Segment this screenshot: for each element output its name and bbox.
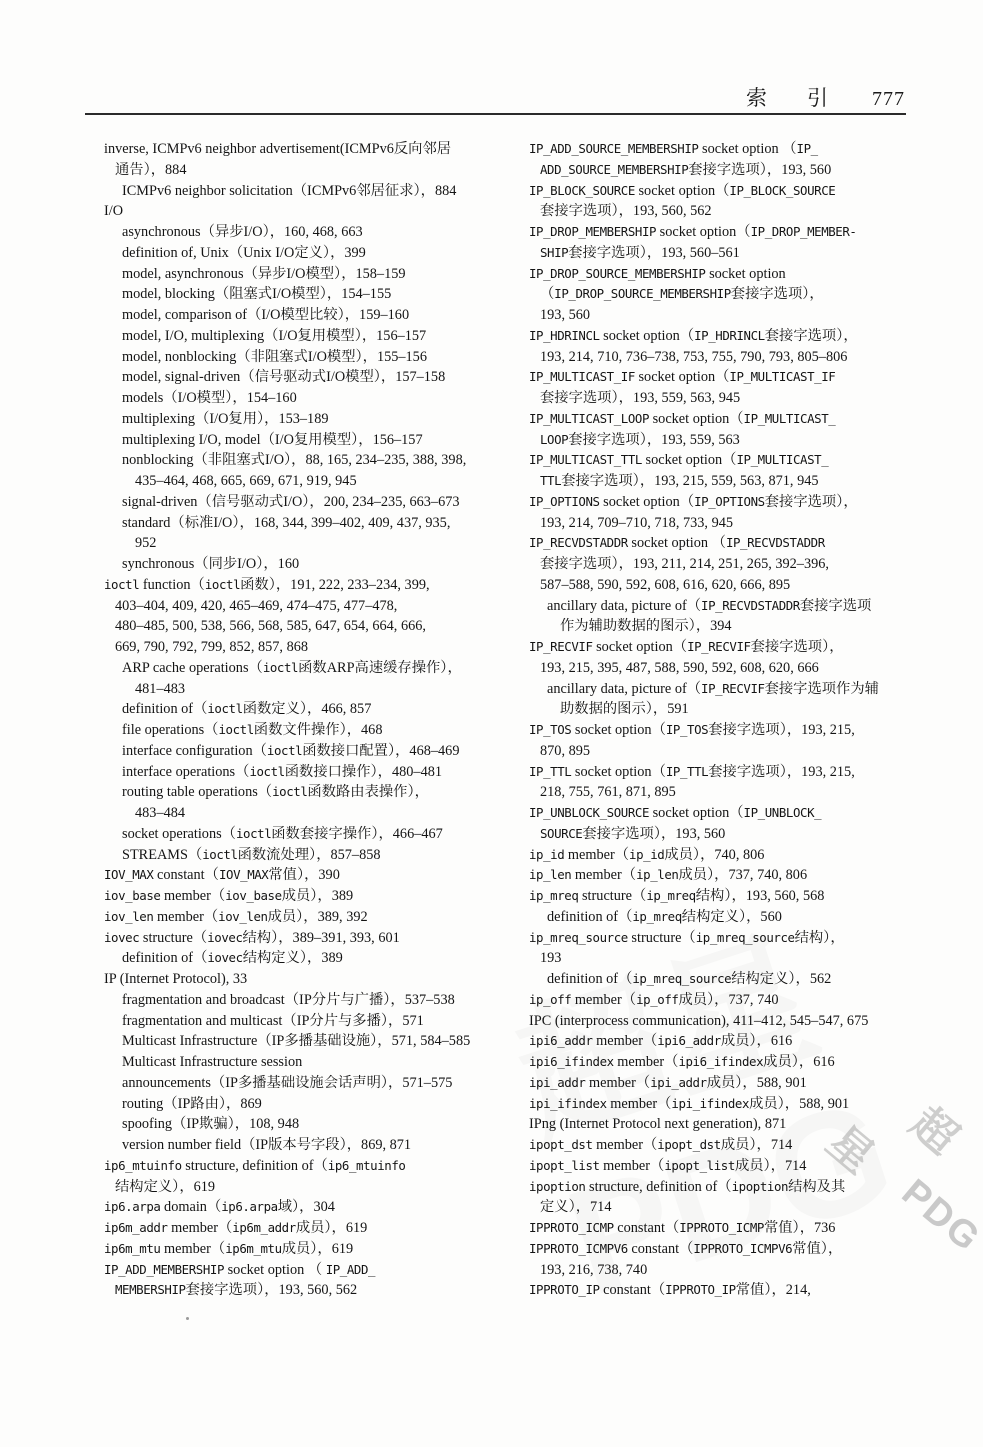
entry-text: definition of（ xyxy=(122,950,207,966)
entry-text: structure（ xyxy=(139,930,207,946)
entry-text: 函数套接字操作），466–467 xyxy=(271,826,443,842)
index-entry-line: synchronous（同步I/O），160 xyxy=(104,554,522,575)
code-identifier-text: IPPROTO_IP xyxy=(529,1282,600,1297)
entry-text: 常值），736 xyxy=(764,1220,835,1236)
entry-text: nonblocking（非阻塞式I/O），88, 165, 234–235, 3… xyxy=(122,452,466,468)
header-title-char-2: 引 xyxy=(807,82,828,112)
entry-text: interface operations（ xyxy=(122,764,249,780)
code-identifier-text: ipopt_list xyxy=(529,1158,600,1173)
entry-text: member（ xyxy=(593,1137,658,1153)
code-identifier-text: ip_len xyxy=(636,867,678,882)
entry-text: standard（标准I/O），168, 344, 399–402, 409, … xyxy=(122,515,450,531)
index-entry-line: LOOP套接字选项），193, 559, 563 xyxy=(529,430,947,451)
index-entry-line: IP_ADD_MEMBERSHIP socket option （ IP_ADD… xyxy=(104,1260,522,1281)
entry-text: 成员），616 xyxy=(721,1033,792,1049)
code-identifier-text: ipoption xyxy=(529,1179,585,1194)
index-entry-line: routing（IP路由），869 xyxy=(104,1094,522,1115)
entry-text: routing（IP路由），869 xyxy=(122,1096,262,1112)
entry-text: 结构），389–391, 393, 601 xyxy=(243,930,400,946)
code-identifier-text: ip6m_addr xyxy=(104,1220,168,1235)
entry-text: 403–404, 409, 420, 465–469, 474–475, 477… xyxy=(115,598,397,614)
index-entry-line: 助数据的图示），591 xyxy=(529,699,947,720)
code-identifier-text: iovec xyxy=(207,930,242,945)
entry-text: constant（ xyxy=(614,1220,680,1236)
code-identifier-text: ioctl xyxy=(207,701,242,716)
code-identifier-text: ip_mreq xyxy=(646,888,695,903)
entry-text: socket option（ xyxy=(593,639,688,655)
code-identifier-text: iovec xyxy=(104,930,139,945)
index-entry-line: ip_mreq_source structure（ip_mreq_source结… xyxy=(529,928,947,949)
index-entry-line: ip6m_addr member（ip6m_addr成员），619 xyxy=(104,1218,522,1239)
entry-text: 套接字选项），193, 560, 562 xyxy=(186,1282,358,1298)
index-entry-line: definition of（ip_mreq_source结构定义），562 xyxy=(529,969,947,990)
entry-text: 成员），588, 901 xyxy=(707,1075,807,1091)
index-entry-line: IPPROTO_ICMPV6 constant（IPPROTO_ICMPV6常值… xyxy=(529,1239,947,1260)
entry-text: member（ xyxy=(571,867,636,883)
entry-text: 定义），714 xyxy=(540,1199,611,1215)
entry-text: member（ xyxy=(168,1220,233,1236)
code-identifier-text: ipi6_ifindex xyxy=(529,1054,614,1069)
entry-text: 成员），616 xyxy=(763,1054,834,1070)
header-rule xyxy=(85,113,906,115)
code-identifier-text: SHIP xyxy=(540,245,568,260)
entry-text: 结构定义），560 xyxy=(682,909,782,925)
entry-text: 套接字选项），193, 560–561 xyxy=(568,245,740,261)
index-entry-line: iovec structure（iovec结构），389–391, 393, 6… xyxy=(104,928,522,949)
entry-text: 通告），884 xyxy=(115,162,186,178)
index-entry-line: 218, 755, 761, 871, 895 xyxy=(529,782,947,803)
entry-text: model, signal-driven（信号驱动式I/O模型），157–158 xyxy=(122,369,445,385)
index-column-right: IP_ADD_SOURCE_MEMBERSHIP socket option （… xyxy=(529,139,947,1301)
index-entry-line: ioctl function（ioctl函数），191, 222, 233–23… xyxy=(104,575,522,596)
entry-text: asynchronous（异步I/O），160, 468, 663 xyxy=(122,224,363,240)
entry-text: socket option（ xyxy=(642,452,737,468)
index-entry-line: model, signal-driven（信号驱动式I/O模型），157–158 xyxy=(104,367,522,388)
code-identifier-text: IP_OPTIONS xyxy=(529,494,600,509)
index-entry-line: IPPROTO_IP constant（IPPROTO_IP常值），214, xyxy=(529,1280,947,1301)
entry-text: 域），304 xyxy=(278,1199,335,1215)
entry-text: constant（ xyxy=(600,1282,666,1298)
entry-text: member（ xyxy=(153,909,218,925)
index-entry-line: model, asynchronous（异步I/O模型），158–159 xyxy=(104,264,522,285)
entry-text: 函数），191, 222, 233–234, 399, xyxy=(240,577,429,593)
scan-speck xyxy=(186,1317,189,1320)
entry-text: 套接字选项），193, 215, xyxy=(708,722,855,738)
entry-text: member（ xyxy=(160,1241,225,1257)
code-identifier-text: ipi6_addr xyxy=(529,1033,593,1048)
code-identifier-text: ipi_addr xyxy=(529,1075,585,1090)
code-identifier-text: ipi6_addr xyxy=(657,1033,721,1048)
code-identifier-text: IP_MULTICAST_ xyxy=(736,452,828,467)
code-identifier-text: IP_ADD_ xyxy=(326,1262,375,1277)
code-identifier-text: IPPROTO_ICMPV6 xyxy=(693,1241,792,1256)
entry-text: 套接字选项）， xyxy=(765,494,858,510)
entry-text: 193, 215, 395, 487, 588, 590, 592, 608, … xyxy=(540,660,819,676)
index-entry-line: 952 xyxy=(104,533,522,554)
entry-text: routing table operations（ xyxy=(122,784,272,800)
index-entry-line: 套接字选项），193, 211, 214, 251, 265, 392–396, xyxy=(529,554,947,575)
code-identifier-text: ip_id xyxy=(529,847,564,862)
entry-text: model, nonblocking（非阻塞式I/O模型），155–156 xyxy=(122,349,427,365)
code-identifier-text: IP_MULTICAST_ xyxy=(744,411,836,426)
index-entry-line: 193, 214, 709–710, 718, 733, 945 xyxy=(529,513,947,534)
index-entry-line: definition of（ioctl函数定义），466, 857 xyxy=(104,699,522,720)
entry-text: definition of, Unix（Unix I/O定义），399 xyxy=(122,245,366,261)
index-entry-line: 193, 214, 710, 736–738, 753, 755, 790, 7… xyxy=(529,347,947,368)
code-identifier-text: IOV_MAX xyxy=(104,867,153,882)
code-identifier-text: iovec xyxy=(207,950,242,965)
code-identifier-text: IPPROTO_ICMP xyxy=(529,1220,614,1235)
entry-text: 成员），714 xyxy=(721,1137,792,1153)
code-identifier-text: ioctl xyxy=(236,826,271,841)
entry-text: model, blocking（阻塞式I/O模型），154–155 xyxy=(122,286,391,302)
entry-text: 193, 216, 738, 740 xyxy=(540,1262,647,1278)
code-identifier-text: IP_TTL xyxy=(666,764,708,779)
index-entry-line: inverse, ICMPv6 neighbor advertisement(I… xyxy=(104,139,522,160)
entry-text: 套接字选项），193, 560, 562 xyxy=(540,203,712,219)
index-entry-line: definition of（iovec结构定义），389 xyxy=(104,948,522,969)
index-entry-line: MEMBERSHIP套接字选项），193, 560, 562 xyxy=(104,1280,522,1301)
entry-text: 套接字选项），193, 215, 559, 563, 871, 945 xyxy=(561,473,818,489)
code-identifier-text: IP_RECVIF xyxy=(701,681,765,696)
entry-text: socket option（ xyxy=(649,411,744,427)
entry-text: file operations（ xyxy=(122,722,218,738)
code-identifier-text: ipi_ifindex xyxy=(529,1096,607,1111)
entry-text: 193, 214, 710, 736–738, 753, 755, 790, 7… xyxy=(540,349,847,365)
entry-text: announcements（IP多播基础设施会话声明），571–575 xyxy=(122,1075,452,1091)
entry-text: constant（ xyxy=(153,867,219,883)
entry-text: definition of（ xyxy=(122,701,207,717)
index-entry-line: IP_BLOCK_SOURCE socket option（IP_BLOCK_S… xyxy=(529,181,947,202)
index-entry-line: ancillary data, picture of（IP_RECVDSTADD… xyxy=(529,596,947,617)
index-entry-line: ip_off member（ip_off成员），737, 740 xyxy=(529,990,947,1011)
code-identifier-text: IP_ADD_MEMBERSHIP xyxy=(104,1262,224,1277)
code-identifier-text: ip_len xyxy=(529,867,571,882)
code-identifier-text: IP_RECVDSTADDR xyxy=(701,598,800,613)
index-entry-line: IPng (Internet Protocol next generation)… xyxy=(529,1114,947,1135)
index-entry-line: ipi6_addr member（ipi6_addr成员），616 xyxy=(529,1031,947,1052)
index-entry-line: iov_base member（iov_base成员），389 xyxy=(104,886,522,907)
code-identifier-text: IP_DROP_MEMBERSHIP xyxy=(529,224,656,239)
entry-text: STREAMS（ xyxy=(122,847,202,863)
code-identifier-text: ip_off xyxy=(636,992,678,1007)
entry-text: inverse, ICMPv6 neighbor advertisement(I… xyxy=(104,141,451,157)
index-entry-line: interface operations（ioctl函数接口操作），480–48… xyxy=(104,762,522,783)
code-identifier-text: ipoption xyxy=(732,1179,788,1194)
entry-text: 套接字选项）， xyxy=(751,639,844,655)
entry-text: socket option（ xyxy=(635,183,730,199)
index-entry-line: IP_MULTICAST_TTL socket option（IP_MULTIC… xyxy=(529,450,947,471)
entry-text: 435–464, 468, 665, 669, 671, 919, 945 xyxy=(135,473,357,489)
entry-text: signal-driven（信号驱动式I/O），200, 234–235, 66… xyxy=(122,494,460,510)
index-entry-line: model, blocking（阻塞式I/O模型），154–155 xyxy=(104,284,522,305)
entry-text: version number field（IP版本号字段），869, 871 xyxy=(122,1137,411,1153)
index-entry-line: nonblocking（非阻塞式I/O），88, 165, 234–235, 3… xyxy=(104,450,522,471)
entry-text: 函数接口操作），480–481 xyxy=(285,764,442,780)
index-entry-line: multiplexing（I/O复用），153–189 xyxy=(104,409,522,430)
index-entry-line: Multicast Infrastructure session xyxy=(104,1052,522,1073)
entry-text: ICMPv6 neighbor solicitation（ICMPv6邻居征求）… xyxy=(122,183,456,199)
index-entry-line: ip_mreq structure（ip_mreq结构），193, 560, 5… xyxy=(529,886,947,907)
index-entry-line: IPPROTO_ICMP constant（IPPROTO_ICMP常值），73… xyxy=(529,1218,947,1239)
index-entry-line: 403–404, 409, 420, 465–469, 474–475, 477… xyxy=(104,596,522,617)
code-identifier-text: ioctl xyxy=(205,577,240,592)
code-identifier-text: iov_len xyxy=(104,909,153,924)
code-identifier-text: ip_mreq_source xyxy=(632,971,731,986)
index-entry-line: 193, 216, 738, 740 xyxy=(529,1260,947,1281)
scanned-book-index-page: 索 引 777 超星 PDG inverse, ICMPv6 neighbor … xyxy=(0,0,983,1447)
index-entry-line: 480–485, 500, 538, 566, 568, 585, 647, 6… xyxy=(104,616,522,637)
page-number: 777 xyxy=(872,88,905,111)
index-entry-line: IP_RECVIF socket option（IP_RECVIF套接字选项）， xyxy=(529,637,947,658)
index-entry-line: ipi_addr member（ipi_addr成员），588, 901 xyxy=(529,1073,947,1094)
index-entry-line: socket operations（ioctl函数套接字操作），466–467 xyxy=(104,824,522,845)
index-entry-line: 669, 790, 792, 799, 852, 857, 868 xyxy=(104,637,522,658)
index-entry-line: ADD_SOURCE_MEMBERSHIP套接字选项），193, 560 xyxy=(529,160,947,181)
entry-text: structure, definition of（ xyxy=(585,1179,731,1195)
entry-text: 常值）， xyxy=(792,1241,842,1257)
code-identifier-text: ioctl xyxy=(263,660,298,675)
index-entry-line: spoofing（IP欺骗），108, 948 xyxy=(104,1114,522,1135)
index-entry-line: （IP_DROP_SOURCE_MEMBERSHIP套接字选项）， xyxy=(529,284,947,305)
entry-text: 函数文件操作），468 xyxy=(254,722,383,738)
entry-text: multiplexing I/O, model（I/O复用模型），156–157 xyxy=(122,432,423,448)
index-entry-line: ipopt_list member（ipopt_list成员），714 xyxy=(529,1156,947,1177)
index-entry-line: IP_MULTICAST_LOOP socket option（IP_MULTI… xyxy=(529,409,947,430)
entry-text: 193 xyxy=(540,950,561,966)
index-entry-line: ip_len member（ip_len成员），737, 740, 806 xyxy=(529,865,947,886)
code-identifier-text: ipi6_ifindex xyxy=(678,1054,763,1069)
entry-text: structure（ xyxy=(628,930,696,946)
index-entry-line: 结构定义），619 xyxy=(104,1177,522,1198)
code-identifier-text: ioctl xyxy=(202,847,237,862)
code-identifier-text: ADD_SOURCE_MEMBERSHIP xyxy=(540,162,688,177)
entry-text: socket option （ xyxy=(698,141,796,157)
code-identifier-text: IP_ xyxy=(797,141,818,156)
index-entry-line: IPC (interprocess communication), 411–41… xyxy=(529,1011,947,1032)
entry-text: spoofing（IP欺骗），108, 948 xyxy=(122,1116,299,1132)
code-identifier-text: ip6_mtuinfo xyxy=(328,1158,406,1173)
code-identifier-text: IP_RECVIF xyxy=(687,639,751,654)
index-entry-line: IP_MULTICAST_IF socket option（IP_MULTICA… xyxy=(529,367,947,388)
index-entry-line: ip6_mtuinfo structure, definition of（ip6… xyxy=(104,1156,522,1177)
index-entry-line: definition of（ip_mreq结构定义），560 xyxy=(529,907,947,928)
index-entry-line: 435–464, 468, 665, 669, 671, 919, 945 xyxy=(104,471,522,492)
index-entry-line: routing table operations（ioctl函数路由表操作）， xyxy=(104,782,522,803)
entry-text: definition of（ xyxy=(547,971,632,987)
index-entry-line: 作为辅助数据的图示），394 xyxy=(529,616,947,637)
code-identifier-text: IP_DROP_SOURCE_MEMBERSHIP xyxy=(554,286,731,301)
entry-text: 成员），737, 740 xyxy=(678,992,778,1008)
entry-text: model, I/O, multiplexing（I/O复用模型），156–15… xyxy=(122,328,426,344)
entry-text: 成员），619 xyxy=(282,1241,353,1257)
index-entry-line: iov_len member（iov_len成员），389, 392 xyxy=(104,907,522,928)
code-identifier-text: IP_TTL xyxy=(529,764,571,779)
index-column-left: inverse, ICMPv6 neighbor advertisement(I… xyxy=(104,139,522,1301)
code-identifier-text: TTL xyxy=(540,473,561,488)
entry-text: 函数ARP高速缓存操作）， xyxy=(298,660,462,676)
index-entry-line: 通告），884 xyxy=(104,160,522,181)
code-identifier-text: ip6.arpa xyxy=(104,1199,160,1214)
entry-text: 结构）， xyxy=(795,930,845,946)
code-identifier-text: ip_mreq_source xyxy=(696,930,795,945)
index-entry-line: I/O xyxy=(104,201,522,222)
index-entry-line: ipoption structure, definition of（ipopti… xyxy=(529,1177,947,1198)
entry-text: socket option（ xyxy=(571,722,666,738)
index-entry-line: ip_id member（ip_id成员），740, 806 xyxy=(529,845,947,866)
code-identifier-text: SOURCE xyxy=(540,826,582,841)
index-entry-line: models（I/O模型），154–160 xyxy=(104,388,522,409)
index-entry-line: IP_OPTIONS socket option（IP_OPTIONS套接字选项… xyxy=(529,492,947,513)
entry-text: 成员），737, 740, 806 xyxy=(678,867,807,883)
index-entry-line: IP_RECVDSTADDR socket option （IP_RECVDST… xyxy=(529,533,947,554)
code-identifier-text: IP_MULTICAST_TTL xyxy=(529,452,642,467)
index-entry-line: IP_HDRINCL socket option（IP_HDRINCL套接字选项… xyxy=(529,326,947,347)
code-identifier-text: ipopt_dst xyxy=(657,1137,721,1152)
entry-text: member（ xyxy=(600,1158,665,1174)
index-entry-line: IOV_MAX constant（IOV_MAX常值），390 xyxy=(104,865,522,886)
entry-text: 套接字选项 xyxy=(800,598,871,614)
entry-text: 套接字选项）， xyxy=(731,286,824,302)
entry-text: socket option（ xyxy=(571,764,666,780)
code-identifier-text: IP_OPTIONS xyxy=(694,494,765,509)
entry-text: 587–588, 590, 592, 608, 616, 620, 666, 8… xyxy=(540,577,790,593)
entry-text: 函数接口配置），468–469 xyxy=(302,743,459,759)
entry-text: 套接字选项），193, 560 xyxy=(582,826,725,842)
entry-text: 成员），588, 901 xyxy=(749,1096,849,1112)
index-entry-line: signal-driven（信号驱动式I/O），200, 234–235, 66… xyxy=(104,492,522,513)
entry-text: 函数定义），466, 857 xyxy=(243,701,372,717)
entry-text: 结构），193, 560, 568 xyxy=(696,888,825,904)
entry-text: 套接字选项），193, 559, 563 xyxy=(568,432,740,448)
entry-text: member（ xyxy=(160,888,225,904)
index-entry-line: 套接字选项），193, 560, 562 xyxy=(529,201,947,222)
code-identifier-text: IP_BLOCK_SOURCE xyxy=(729,183,835,198)
index-entry-line: 定义），714 xyxy=(529,1197,947,1218)
entry-text: socket option（ xyxy=(635,369,730,385)
entry-text: socket option（ xyxy=(600,328,695,344)
entry-text: structure, definition of（ xyxy=(182,1158,328,1174)
index-entry-line: ip6.arpa domain（ip6.arpa域），304 xyxy=(104,1197,522,1218)
entry-text: 套接字选项作为辅 xyxy=(765,681,879,697)
entry-text: IPC (interprocess communication), 411–41… xyxy=(529,1013,868,1029)
code-identifier-text: IP_TOS xyxy=(666,722,708,737)
entry-text: domain（ xyxy=(160,1199,221,1215)
entry-text: fragmentation and broadcast（IP分片与广播），537… xyxy=(122,992,455,1008)
index-entry-line: STREAMS（ioctl函数流处理），857–858 xyxy=(104,845,522,866)
entry-text: 函数路由表操作）， xyxy=(307,784,429,800)
entry-text: Multicast Infrastructure（IP多播基础设施），571, … xyxy=(122,1033,470,1049)
entry-text: 结构定义），619 xyxy=(115,1179,215,1195)
code-identifier-text: IP_UNBLOCK_SOURCE xyxy=(529,805,649,820)
entry-text: 成员），389, 392 xyxy=(268,909,368,925)
entry-text: 481–483 xyxy=(135,681,185,697)
entry-text: 套接字选项），193, 559, 563, 945 xyxy=(540,390,740,406)
entry-text: 结构及其 xyxy=(788,1179,845,1195)
index-entry-line: model, nonblocking（非阻塞式I/O模型），155–156 xyxy=(104,347,522,368)
entry-text: structure（ xyxy=(578,888,646,904)
entry-text: 结构定义），389 xyxy=(243,950,343,966)
entry-text: 函数流处理），857–858 xyxy=(238,847,381,863)
index-entry-line: 193, 215, 395, 487, 588, 590, 592, 608, … xyxy=(529,658,947,679)
entry-text: member（ xyxy=(585,1075,650,1091)
index-entry-line: ARP cache operations（ioctl函数ARP高速缓存操作）， xyxy=(104,658,522,679)
code-identifier-text: ip6m_mtu xyxy=(104,1241,160,1256)
entry-text: socket option （ xyxy=(224,1262,326,1278)
entry-text: synchronous（同步I/O），160 xyxy=(122,556,299,572)
entry-text: multiplexing（I/O复用），153–189 xyxy=(122,411,329,427)
code-identifier-text: ip6_mtuinfo xyxy=(104,1158,182,1173)
index-entry-line: multiplexing I/O, model（I/O复用模型），156–157 xyxy=(104,430,522,451)
entry-text: socket operations（ xyxy=(122,826,236,842)
code-identifier-text: IP_BLOCK_SOURCE xyxy=(529,183,635,198)
code-identifier-text: IP_RECVIF xyxy=(529,639,593,654)
entry-text: Multicast Infrastructure session xyxy=(122,1054,302,1070)
page-header: 索 引 777 xyxy=(85,82,905,112)
index-entry-line: fragmentation and broadcast（IP分片与广播），537… xyxy=(104,990,522,1011)
entry-text: （ xyxy=(540,286,554,302)
index-entry-line: announcements（IP多播基础设施会话声明），571–575 xyxy=(104,1073,522,1094)
code-identifier-text: IP_HDRINCL xyxy=(694,328,765,343)
code-identifier-text: IP_ADD_SOURCE_MEMBERSHIP xyxy=(529,141,698,156)
entry-text: 助数据的图示），591 xyxy=(560,701,689,717)
code-identifier-text: IP_MULTICAST_IF xyxy=(529,369,635,384)
entry-text: interface configuration（ xyxy=(122,743,267,759)
entry-text: 成员），619 xyxy=(296,1220,367,1236)
code-identifier-text: ip_mreq xyxy=(529,888,578,903)
entry-text: 常值），390 xyxy=(268,867,339,883)
index-entry-line: SHIP套接字选项），193, 560–561 xyxy=(529,243,947,264)
code-identifier-text: IP_DROP_SOURCE_MEMBERSHIP xyxy=(529,266,706,281)
index-entry-line: IP_TTL socket option（IP_TTL套接字选项），193, 2… xyxy=(529,762,947,783)
code-identifier-text: IPPROTO_IP xyxy=(665,1282,736,1297)
entry-text: 成员），714 xyxy=(735,1158,806,1174)
code-identifier-text: ip6m_mtu xyxy=(225,1241,281,1256)
entry-text: 套接字选项），193, 215, xyxy=(708,764,855,780)
entry-text: fragmentation and multicast（IP分片与多播），571 xyxy=(122,1013,424,1029)
entry-text: member（ xyxy=(564,847,629,863)
index-entry-line: 587–588, 590, 592, 608, 616, 620, 666, 8… xyxy=(529,575,947,596)
index-entry-line: TTL套接字选项），193, 215, 559, 563, 871, 945 xyxy=(529,471,947,492)
index-entry-line: model, comparison of（I/O模型比较），159–160 xyxy=(104,305,522,326)
code-identifier-text: ip_id xyxy=(629,847,664,862)
index-entry-line: ipi6_ifindex member（ipi6_ifindex成员），616 xyxy=(529,1052,947,1073)
code-identifier-text: ipi_ifindex xyxy=(671,1096,749,1111)
code-identifier-text: ioctl xyxy=(218,722,253,737)
code-identifier-text: iov_base xyxy=(225,888,281,903)
entry-text: socket option（ xyxy=(656,224,751,240)
code-identifier-text: iov_base xyxy=(104,888,160,903)
code-identifier-text: IP_UNBLOCK_ xyxy=(744,805,822,820)
index-entry-line: ancillary data, picture of（IP_RECVIF套接字选… xyxy=(529,679,947,700)
code-identifier-text: iov_len xyxy=(218,909,267,924)
index-entry-line: IP_UNBLOCK_SOURCE socket option（IP_UNBLO… xyxy=(529,803,947,824)
entry-text: ancillary data, picture of（ xyxy=(547,681,701,697)
entry-text: model, comparison of（I/O模型比较），159–160 xyxy=(122,307,409,323)
entry-text: member（ xyxy=(607,1096,672,1112)
entry-text: 作为辅助数据的图示），394 xyxy=(560,618,732,634)
index-entry-line: definition of, Unix（Unix I/O定义），399 xyxy=(104,243,522,264)
entry-text: function（ xyxy=(139,577,205,593)
header-title-char-1: 索 xyxy=(746,82,767,112)
index-entry-line: 193, 560 xyxy=(529,305,947,326)
entry-text: 结构定义），562 xyxy=(731,971,831,987)
entry-text: member（ xyxy=(614,1054,679,1070)
code-identifier-text: ip_mreq xyxy=(632,909,681,924)
entry-text: ancillary data, picture of（ xyxy=(547,598,701,614)
entry-text: 870, 895 xyxy=(540,743,590,759)
entry-text: 483–484 xyxy=(135,805,185,821)
